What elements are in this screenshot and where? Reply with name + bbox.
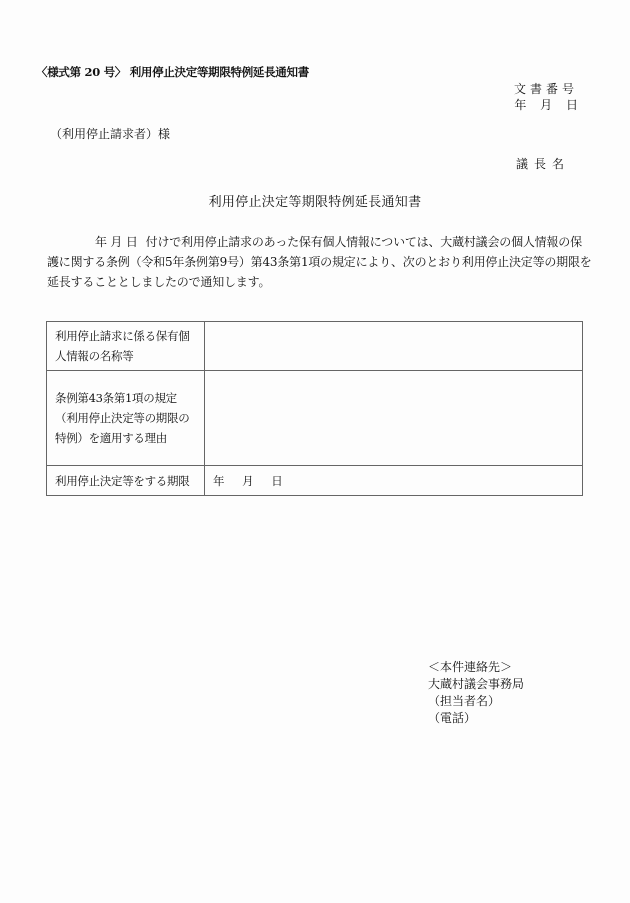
body-line-1: 年 月 日付けで利用停止請求のあった保有個人情報については、大蔵村議会の個人情報… [47,232,582,252]
body-date-placeholder: 年 月 日 [95,235,138,249]
row-label-reason: 条例第43条第1項の規定（利用停止決定等の期限の特例）を適用する理由 [47,371,205,466]
row-label-info-name: 利用停止請求に係る保有個人情報の名称等 [47,322,205,371]
body-line-1-text: 付けで利用停止請求のあった保有個人情報については、大蔵村議会の個人情報の保 [146,235,582,249]
body-line-3: 延長することとしましたので通知します。 [47,272,582,292]
table-row: 利用停止決定等をする期限 年 月 日 [47,466,583,496]
row-value-reason [205,371,583,466]
row-label-deadline: 利用停止決定等をする期限 [47,466,205,496]
contact-person: （担当者名） [428,693,524,710]
body-paragraph: 年 月 日付けで利用停止請求のあった保有個人情報については、大蔵村議会の個人情報… [47,232,582,292]
contact-phone: （電話） [428,710,524,727]
table-row: 利用停止請求に係る保有個人情報の名称等 [47,322,583,371]
body-line-2: 護に関する条例（令和5年条例第9号）第43条第1項の規定により、次のとおり利用停… [47,252,582,272]
document-title: 利用停止決定等期限特例延長通知書 [0,191,630,210]
form-number-label: 〈様式第 20 号〉 利用停止決定等期限特例延長通知書 [36,64,309,80]
row-value-deadline: 年 月 日 [205,466,583,496]
document-date: 年 月 日 [514,96,578,113]
contact-office: 大蔵村議会事務局 [428,676,524,693]
document-number: 文書番号 [514,80,578,97]
row-value-info-name [205,322,583,371]
info-table: 利用停止請求に係る保有個人情報の名称等 条例第43条第1項の規定（利用停止決定等… [46,321,583,496]
table-row: 条例第43条第1項の規定（利用停止決定等の期限の特例）を適用する理由 [47,371,583,466]
contact-block: ＜本件連絡先＞ 大蔵村議会事務局 （担当者名） （電話） [428,659,524,727]
chair-name: 議長名 [516,155,570,172]
addressee: （利用停止請求者）様 [50,125,170,142]
contact-heading: ＜本件連絡先＞ [428,659,524,676]
